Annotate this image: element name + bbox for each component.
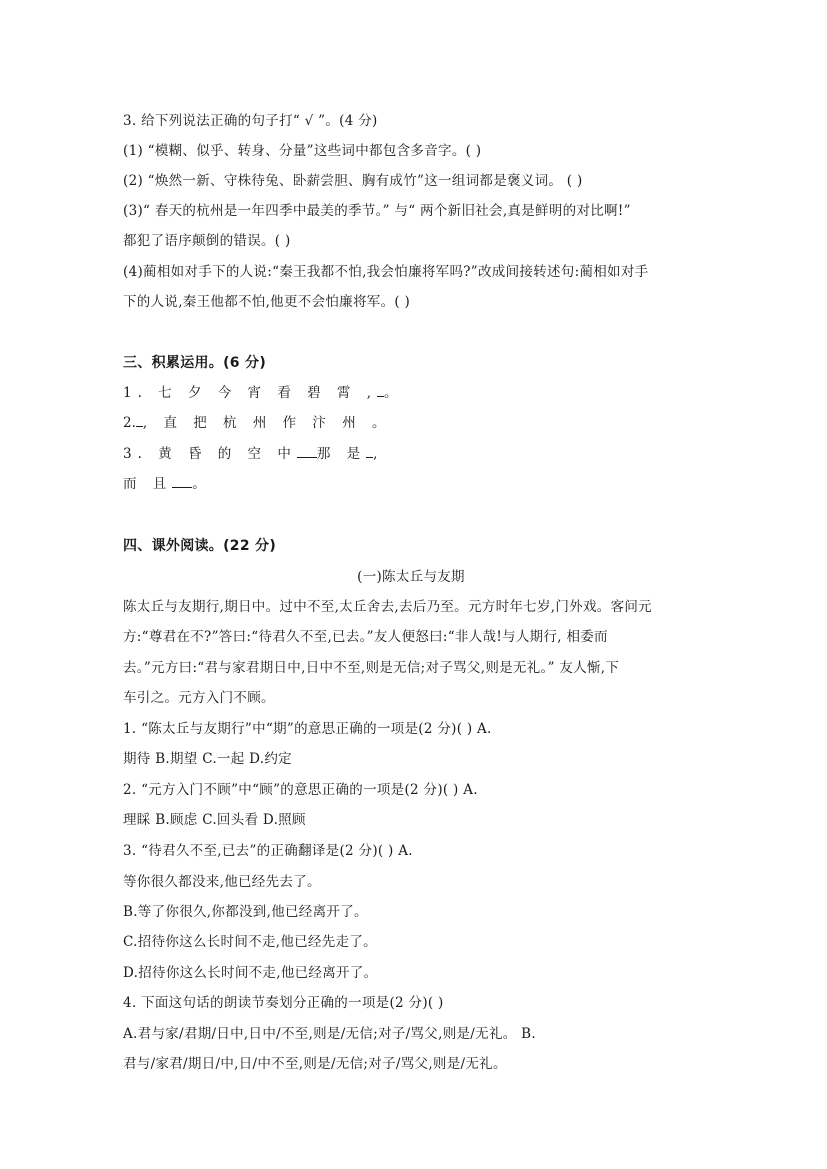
fill-line-3-end: , xyxy=(373,446,383,462)
fill-line-1-end: 。 xyxy=(384,385,404,401)
section-4-heading: 四、课外阅读。(22 分) xyxy=(123,537,276,555)
question-3-item-4-cont: 下的人说,秦王他都不怕,他更不会怕廉将军。( ) xyxy=(123,293,410,311)
reading-question-2-options: 理睬 B.顾虑 C.回头看 D.照顾 xyxy=(123,811,306,829)
reading-question-1: 1. “陈太丘与友期行”中“期”的意思正确的一项是(2 分)( ) A. xyxy=(123,720,492,738)
question-3-item-4: (4)蔺相如对手下的人说:“秦王我都不怕,我会怕廉将军吗?”改成间接转述句:蔺相… xyxy=(123,263,648,281)
question-3-item-2: (2) “焕然一新、守株待兔、卧薪尝胆、胸有成竹”这一组词都是褒义词。 ( ) xyxy=(123,172,583,190)
reading-question-3: 3. “待君久不至,已去”的正确翻译是(2 分)( ) A. xyxy=(123,842,413,860)
fill-line-4-end: 。 xyxy=(192,476,212,492)
fill-blank[interactable] xyxy=(172,475,192,488)
fill-line-2-num: 2. xyxy=(123,415,136,431)
question-3-item-3: (3)“ 春天的杭州是一年四季中最美的季节。” 与“ 两个新旧社会,真是鲜明的对… xyxy=(123,202,631,220)
question-3-item-1: (1) “模糊、似乎、转身、分量”这些词中都包含多音字。( ) xyxy=(123,142,481,160)
fill-line-3: 3. 黄 昏 的 空 中那 是, xyxy=(123,445,383,463)
reading-question-1-options: 期待 B.期望 C.一起 D.约定 xyxy=(123,750,292,768)
reading-question-4-option-a: A.君与家/君期/日中,日中/不至,则是/无信;对子/骂父,则是/无礼。 B. xyxy=(123,1025,536,1043)
passage-line-3: 去。”元方曰:“君与家君期日中,日中不至,则是无信;对子骂父,则是无礼。” 友人… xyxy=(123,659,619,677)
fill-line-2: 2., 直 把 杭 州 作 汴 州 。 xyxy=(123,414,392,432)
fill-line-3-mid: 那 是 xyxy=(317,446,366,462)
reading-question-4-option-b: 君与/家君/期日/中,日/中不至,则是/无信;对子/骂父,则是/无礼。 xyxy=(123,1055,507,1073)
reading-question-3-option-b: B.等了你很久,你都没到,他已经离开了。 xyxy=(123,903,368,921)
section-3-heading: 三、积累运用。(6 分) xyxy=(123,354,266,372)
passage-line-2: 方:“尊君在不?”答曰:“待君久不至,已去。”友人便怒曰:“非人哉!与人期行, … xyxy=(123,628,608,646)
question-3-item-3-cont: 都犯了语序颠倒的错误。( ) xyxy=(123,232,291,250)
fill-line-3-text: 3. 黄 昏 的 空 中 xyxy=(123,446,297,462)
passage-line-4: 车引之。元方入门不顾。 xyxy=(123,689,275,707)
fill-line-4-text: 而 且 xyxy=(123,476,172,492)
fill-blank[interactable] xyxy=(377,384,384,397)
reading-question-3-option-d: D.招待你这么长时间不走,他已经离开了。 xyxy=(123,964,377,982)
fill-blank[interactable] xyxy=(136,414,143,427)
reading-question-4: 4. 下面这句话的朗读节奏划分正确的一项是(2 分)( ) xyxy=(123,994,444,1012)
reading-question-3-option-c: C.招待你这么长时间不走,他已经先走了。 xyxy=(123,933,377,951)
fill-blank[interactable] xyxy=(297,445,317,458)
fill-line-2-text: , 直 把 杭 州 作 汴 州 。 xyxy=(143,415,392,431)
fill-line-1-text: 1. 七 夕 今 宵 看 碧 霄 , xyxy=(123,385,377,401)
question-3-title: 3. 给下列说法正确的句子打“ √ ”。(4 分) xyxy=(123,112,378,130)
passage-line-1: 陈太丘与友期行,期日中。过中不至,太丘舍去,去后乃至。元方时年七岁,门外戏。客问… xyxy=(123,598,652,616)
reading-question-3-option-a: 等你很久都没来,他已经先去了。 xyxy=(123,873,321,891)
passage-title: (一)陈太丘与友期 xyxy=(0,568,822,586)
reading-question-2: 2. “元方入门不顾”中“顾”的意思正确的一项是(2 分)( ) A. xyxy=(123,781,478,799)
fill-line-1: 1. 七 夕 今 宵 看 碧 霄 ,。 xyxy=(123,384,404,402)
fill-line-4: 而 且。 xyxy=(123,475,212,493)
